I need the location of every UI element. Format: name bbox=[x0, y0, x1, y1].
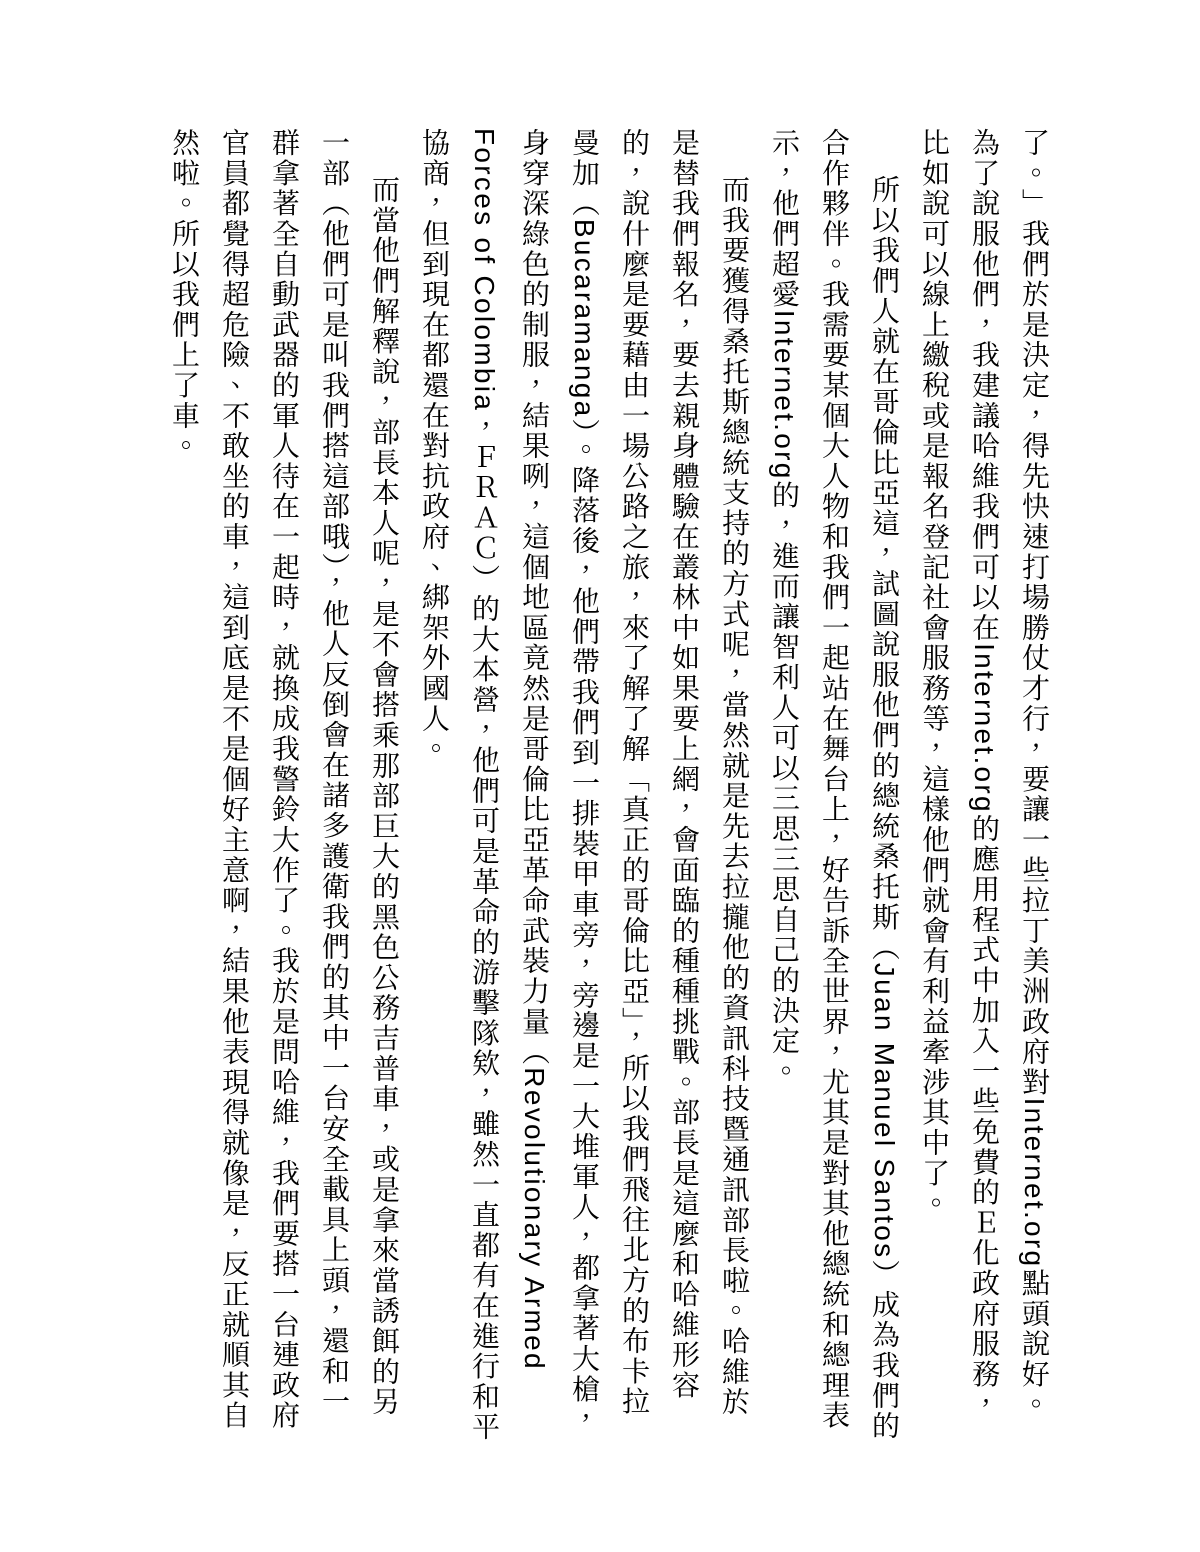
text-column: 是替我們報名，要去親身體驗在叢林中如果要上網，會面臨的種種挑戰。部長是這麼和哈維… bbox=[659, 128, 709, 1443]
text-column: 比如說可以線上繳稅或是報名登記社會服務等，這樣他們就會有利益牽涉其中了。 bbox=[909, 128, 959, 1443]
vertical-text-block: 了。」我們於是決定，得先快速打場勝仗才行，要讓一些拉丁美洲政府對Internet… bbox=[159, 128, 1059, 1443]
text-column: 而我要獲得桑托斯總統支持的方式呢，當然就是先去拉攏他的資訊科技暨通訊部長啦。哈維… bbox=[709, 128, 759, 1443]
text-column: Forces of Colombia，ＦＲＡＣ）的大本營，他們可是革命的游擊隊欸… bbox=[459, 128, 509, 1443]
text-column: 然啦。所以我們上了車。 bbox=[159, 128, 209, 1443]
text-column: 身穿深綠色的制服，結果咧，這個地區竟然是哥倫比亞革命武裝力量（Revolutio… bbox=[509, 128, 559, 1443]
text-column: 協商，但到現在都還在對抗政府、綁架外國人。 bbox=[409, 128, 459, 1443]
text-column: 示，他們超愛Internet.org的，進而讓智利人可以三思三思自己的決定。 bbox=[759, 128, 809, 1443]
text-column: 而當他們解釋說，部長本人呢，是不會搭乘那部巨大的黑色公務吉普車，或是拿來當誘餌的… bbox=[359, 128, 409, 1443]
text-column: 的，說什麼是要藉由一場公路之旅，來了解了解「真正的哥倫比亞」，所以我們飛往北方的… bbox=[609, 128, 659, 1443]
text-column: 一部（他們可是叫我們搭這部哦），他人反倒會在諸多護衛我們的其中一台安全載具上頭，… bbox=[309, 128, 359, 1443]
text-column: 官員都覺得超危險、不敢坐的車，這到底是不是個好主意啊，結果他表現得就像是，反正就… bbox=[209, 128, 259, 1443]
text-column: 群拿著全自動武器的軍人待在一起時，就換成我警鈴大作了。我於是問哈維，我們要搭一台… bbox=[259, 128, 309, 1443]
book-page: 了。」我們於是決定，得先快速打場勝仗才行，要讓一些拉丁美洲政府對Internet… bbox=[0, 0, 1200, 1552]
text-column: 曼加（Bucaramanga）。降落後，他們帶我們到一排裝甲車旁，旁邊是一大堆軍… bbox=[559, 128, 609, 1443]
text-column: 為了說服他們，我建議哈維我們可以在Internet.org的應用程式中加入一些免… bbox=[959, 128, 1009, 1443]
text-column: 了。」我們於是決定，得先快速打場勝仗才行，要讓一些拉丁美洲政府對Internet… bbox=[1009, 128, 1059, 1443]
text-column: 所以我們人就在哥倫比亞這，試圖說服他們的總統桑托斯（Juan Manuel Sa… bbox=[859, 128, 909, 1443]
text-column: 合作夥伴。我需要某個大人物和我們一起站在舞台上，好告訴全世界，尤其是對其他總統和… bbox=[809, 128, 859, 1443]
